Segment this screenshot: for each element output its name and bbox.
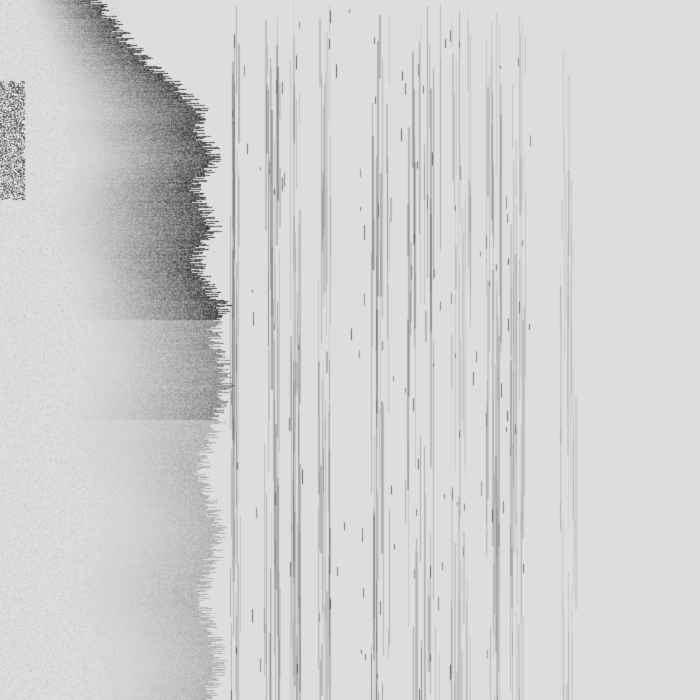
glitch-texture-canvas [0, 0, 700, 700]
glitch-art-image [0, 0, 700, 700]
